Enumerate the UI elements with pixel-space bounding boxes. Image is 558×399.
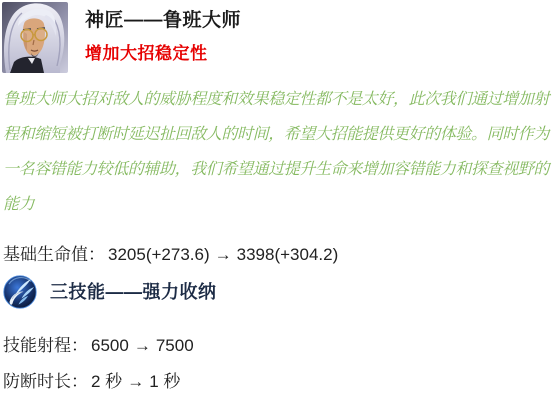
- hero-avatar: [2, 2, 68, 73]
- stat-base-hp-after: 3398(+304.2): [237, 245, 339, 264]
- skill-title: 三技能——强力收纳: [50, 281, 217, 303]
- stat-interrupt-duration-label: 防断时长：: [3, 372, 88, 391]
- hero-title: 神匠——鲁班大师: [85, 10, 241, 32]
- hero-change-summary: 增加大招稳定性: [85, 44, 241, 64]
- stat-skill-range: 技能射程：6500→7500: [3, 336, 558, 356]
- stat-skill-range-before: 6500: [91, 336, 129, 355]
- stat-skill-range-label: 技能射程：: [3, 336, 88, 355]
- stat-base-hp-before: 3205(+273.6): [108, 245, 210, 264]
- patch-notes-page: 神匠——鲁班大师 增加大招稳定性 鲁班大师大招对敌人的威胁程度和效果稳定性都不是…: [0, 0, 558, 399]
- stat-base-hp-label: 基础生命值：: [3, 245, 105, 264]
- arrow-icon: →: [134, 336, 151, 355]
- skill-header: 三技能——强力收纳: [3, 275, 558, 309]
- luban-master-portrait-icon: [2, 2, 68, 73]
- hero-header: 神匠——鲁班大师 增加大招稳定性: [0, 0, 558, 73]
- stat-interrupt-duration-after: 1 秒: [149, 372, 180, 391]
- stat-skill-range-after: 7500: [156, 336, 194, 355]
- stat-interrupt-duration-before: 2 秒: [91, 372, 122, 391]
- stat-interrupt-duration: 防断时长：2 秒→1 秒: [3, 372, 558, 392]
- claw-grab-skill-icon: [3, 275, 37, 309]
- stat-base-hp: 基础生命值：3205(+273.6)→3398(+304.2): [3, 245, 558, 265]
- hero-titles: 神匠——鲁班大师 增加大招稳定性: [85, 2, 241, 64]
- arrow-icon: →: [215, 245, 232, 264]
- arrow-icon: →: [127, 372, 144, 391]
- designer-note: 鲁班大师大招对敌人的威胁程度和效果稳定性都不是太好，此次我们通过增加射程和缩短被…: [3, 82, 554, 222]
